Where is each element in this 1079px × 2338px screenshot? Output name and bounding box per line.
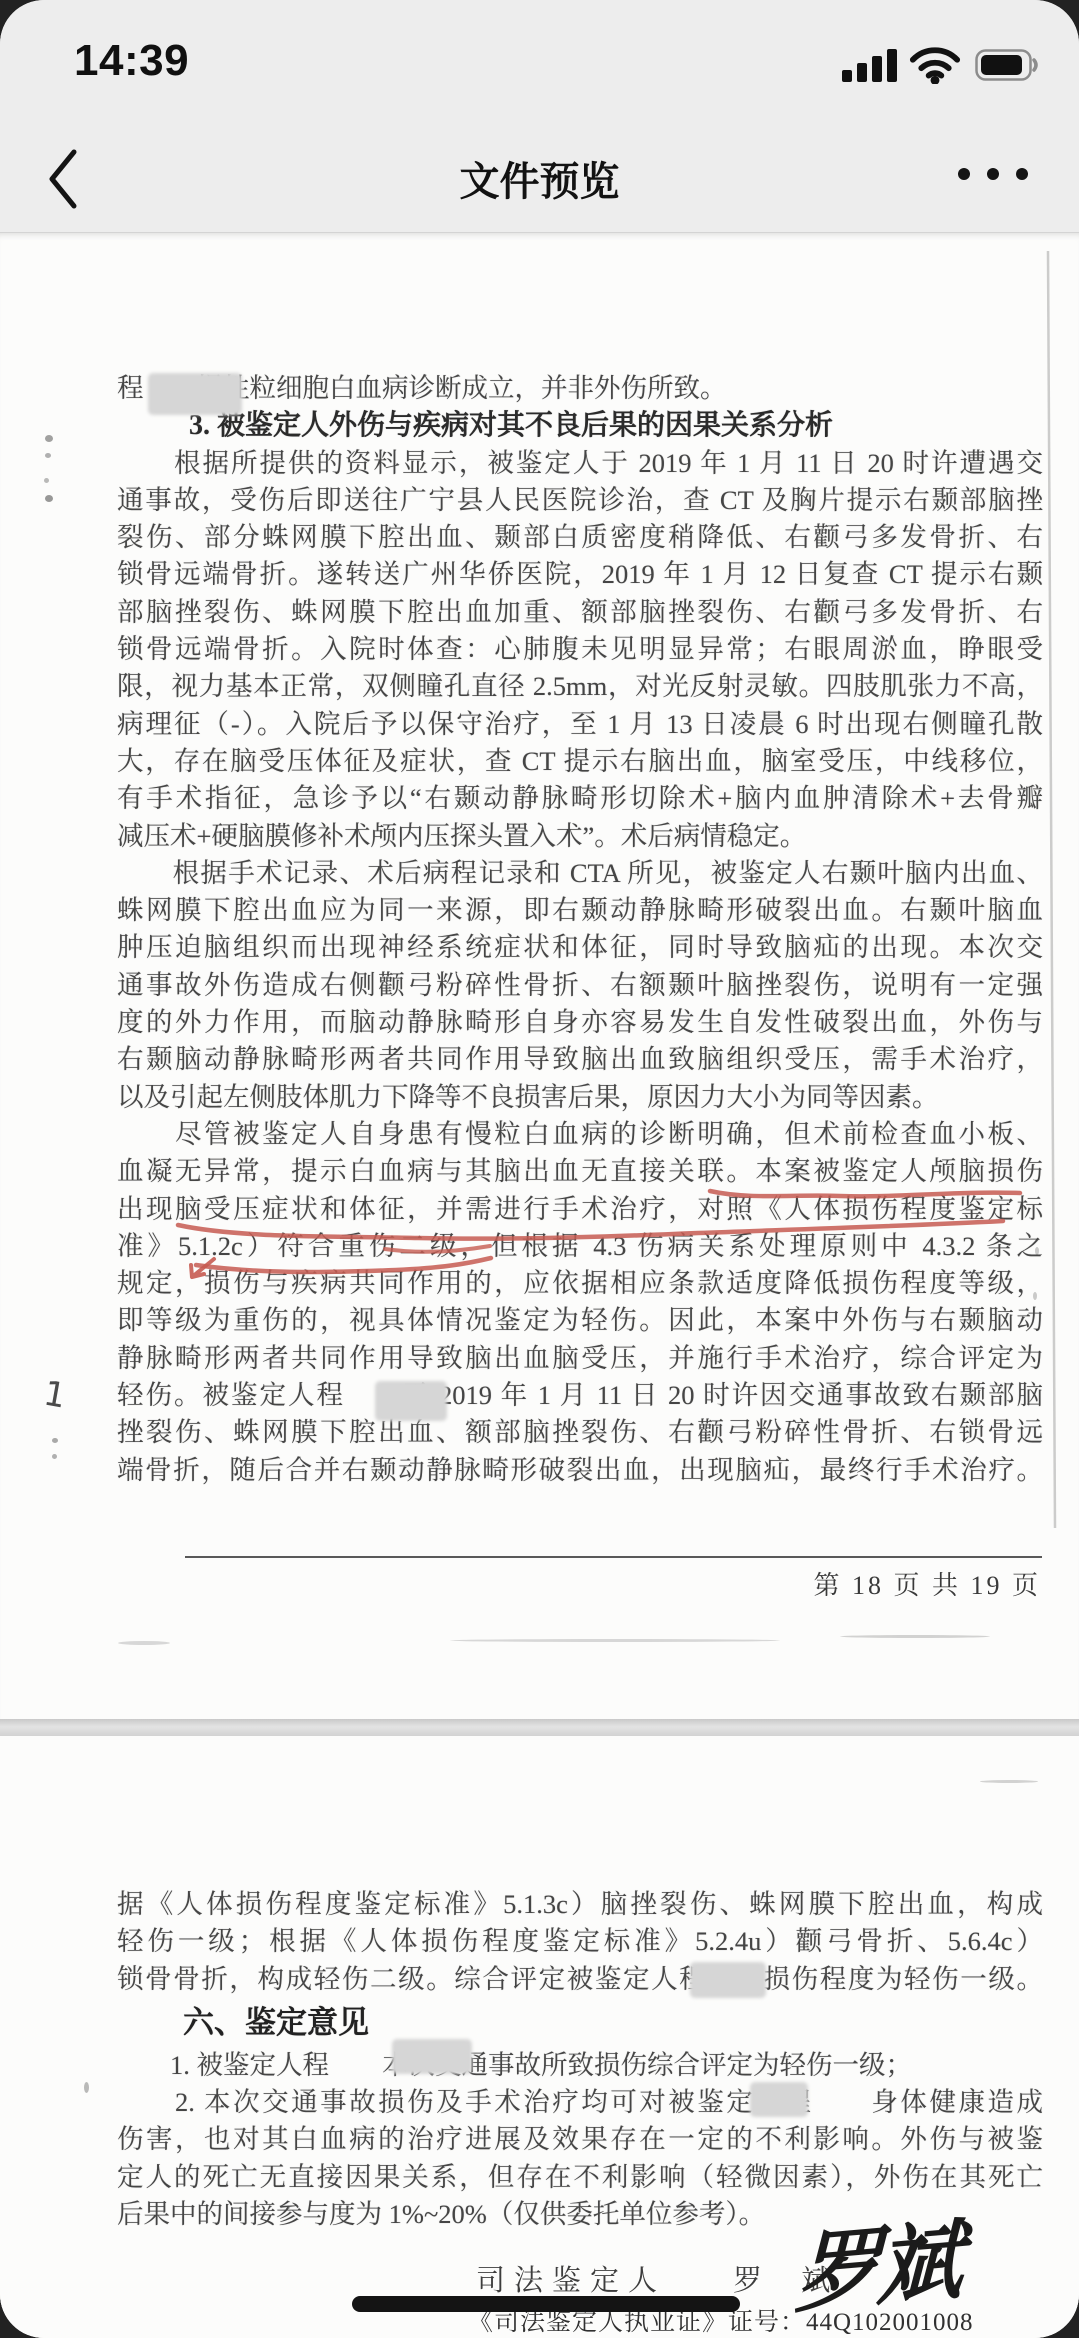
doc-text-line: 据《人体损伤程度鉴定标准》5.1.3c）脑挫裂伤、蛛网膜下腔出血，构成 — [117, 1886, 1043, 1923]
dot-icon — [958, 168, 970, 180]
doc-text-line: 定人的死亡无直接因果关系，但存在不利影响（轻微因素），外伤在其死亡 — [117, 2159, 1043, 2196]
scan-speck — [840, 1635, 990, 1638]
doc-text-line: 部脑挫裂伤、蛛网膜下腔出血加重、额部脑挫裂伤、右颧弓多发骨折、右 — [117, 594, 1043, 631]
doc-text-line: 通事故外伤造成右侧颧弓粉碎性骨折、右额颞叶脑挫裂伤，说明有一定强 — [117, 967, 1043, 1004]
doc-text-line: 蛛网膜下腔出血应为同一来源，即右颞动静脉畸形破裂出血。右颞叶脑血 — [117, 892, 1043, 929]
redaction-bar — [352, 2296, 740, 2312]
scan-speck — [118, 1641, 170, 1645]
doc-text-line: 右颞脑动静脉畸形两者共同作用导致脑出血致脑组织受压，需手术治疗， — [117, 1041, 1043, 1078]
scan-speck — [44, 478, 49, 483]
scan-speck — [45, 435, 53, 442]
doc-text-line: 程 慢性粒细胞白血病诊断成立，并非外伤所致。 — [117, 370, 1043, 407]
doc-text-line: 病理征（-）。入院后予以保守治疗，至 1 月 13 日凌晨 6 时出现右侧瞳孔散 — [117, 706, 1043, 743]
doc-text-line: 准》5.1.2c）符合重伤二级，但根据 4.3 伤病关系处理原则中 4.3.2 … — [117, 1228, 1043, 1265]
status-icons — [842, 46, 1041, 84]
page-edge-line — [1048, 251, 1055, 1528]
cellular-signal-icon — [842, 48, 897, 82]
scan-speck — [45, 495, 53, 502]
scan-speck — [45, 453, 51, 458]
doc-text-line: 轻伤一级；根据《人体损伤程度鉴定标准》5.2.4u）颧弓骨折、5.6.4c） — [117, 1923, 1043, 1960]
document-page-18: 程 慢性粒细胞白血病诊断成立，并非外伤所致。3. 被鉴定人外伤与疾病对其不良后果… — [0, 233, 1079, 1719]
redaction-blur — [392, 2039, 472, 2074]
doc-text-line: 锁骨骨折，构成轻伤二级。综合评定被鉴定人程 损伤程度为轻伤一级。 — [117, 1961, 1043, 1998]
doc-text-line: 伤害，也对其白血病的治疗进展及效果存在一定的不利影响。外伤与被鉴 — [117, 2121, 1043, 2158]
doc-text-line: 挫裂伤、蛛网膜下腔出血、额部脑挫裂伤、右颧弓粉碎性骨折、右锁骨远 — [117, 1414, 1043, 1451]
page1-lines: 程 慢性粒细胞白血病诊断成立，并非外伤所致。3. 被鉴定人外伤与疾病对其不良后果… — [117, 370, 1043, 1489]
doc-text-line: 轻伤。被鉴定人程 于 2019 年 1 月 11 日 20 时许因交通事故致右颞… — [117, 1377, 1043, 1414]
redaction-blur — [375, 1381, 447, 1421]
doc-text-line: 肿压迫脑组织而出现神经系统症状和体征，同时导致脑疝的出现。本次交 — [117, 929, 1043, 966]
clock-time: 14:39 — [74, 36, 189, 86]
doc-text-line: 血凝无异常，提示白血病与其脑出血无直接关联。本案被鉴定人颅脑损伤 — [117, 1153, 1043, 1190]
status-bar: 14:39 — [0, 0, 1079, 233]
doc-text-line: 通事故，受伤后即送往广宁县人民医院诊治，查 CT 及胸片提示右颞部脑挫 — [117, 482, 1043, 519]
page-separator — [0, 1719, 1079, 1736]
redaction-blur — [750, 2082, 808, 2117]
doc-text-line: 六、鉴定意见 — [117, 2001, 1043, 2045]
redaction-blur — [148, 373, 242, 415]
doc-text-line: 静脉畸形两者共同作用导致脑出血脑受压，并施行手术治疗，综合评定为 — [117, 1340, 1043, 1377]
appraiser-label: 司法鉴定人 — [476, 2258, 666, 2299]
doc-text-line: 尽管被鉴定人自身患有慢粒白血病的诊断明确，但术前检查血小板、 — [117, 1116, 1043, 1153]
scan-speck — [450, 1639, 780, 1642]
doc-text-line: 根据所提供的资料显示，被鉴定人于 2019 年 1 月 11 日 20 时许遭遇… — [117, 445, 1043, 482]
doc-text-line: 裂伤、部分蛛网膜下腔出血、颞部白质密度稍降低、右颧弓多发骨折、右 — [117, 519, 1043, 556]
scan-speck — [52, 1438, 58, 1443]
page-number-label: 第 18 页 共 19 页 — [813, 1565, 1041, 1602]
redaction-blur — [690, 1962, 766, 1998]
document-page-19: 据《人体损伤程度鉴定标准》5.1.3c）脑挫裂伤、蛛网膜下腔出血，构成轻伤一级；… — [0, 1736, 1079, 2338]
phone-screen: 14:39 — [0, 0, 1079, 2338]
doc-text-line: 3. 被鉴定人外伤与疾病对其不良后果的因果关系分析 — [117, 407, 1043, 444]
doc-text-line: 大，存在脑受压体征及症状，查 CT 提示右脑出血，脑室受压，中线移位， — [117, 743, 1043, 780]
dot-icon — [1016, 168, 1028, 180]
more-menu-button[interactable] — [958, 168, 1028, 180]
doc-text-line: 限，视力基本正常，双侧瞳孔直径 2.5mm，对光反射灵敏。四肢肌张力不高， — [117, 668, 1043, 705]
doc-text-line: 锁骨远端骨折。遂转送广州华侨医院，2019 年 1 月 12 日复查 CT 提示… — [117, 556, 1043, 593]
scan-speck — [52, 1454, 57, 1459]
page2-lines: 据《人体损伤程度鉴定标准》5.1.3c）脑挫裂伤、蛛网膜下腔出血，构成轻伤一级；… — [117, 1886, 1043, 2233]
page-title: 文件预览 — [0, 150, 1079, 207]
scan-speck — [980, 1780, 1038, 1783]
doc-text-line: 即等级为重伤的，视具体情况鉴定为轻伤。因此，本案中外伤与右颞脑动 — [117, 1302, 1043, 1339]
wifi-icon — [909, 46, 961, 84]
doc-text-line: 出现脑受压症状和体征，并需进行手术治疗，对照《人体损伤程度鉴定标 — [117, 1191, 1043, 1228]
doc-text-line: 1. 被鉴定人程 本次交通事故所致损伤综合评定为轻伤一级； — [117, 2047, 1043, 2084]
doc-text-line: 锁骨远端骨折。入院时体查：心肺腹未见明显异常；右眼周淤血，睁眼受 — [117, 631, 1043, 668]
doc-text-line: 有手术指征，急诊予以“右颞动静脉畸形切除术+脑内血肿清除术+去骨瓣 — [117, 780, 1043, 817]
document-viewer[interactable]: 程 慢性粒细胞白血病诊断成立，并非外伤所致。3. 被鉴定人外伤与疾病对其不良后果… — [0, 232, 1079, 2338]
scan-speck — [1033, 1292, 1037, 1300]
scan-speck — [1035, 1247, 1039, 1255]
doc-text-line: 减压术+硬脑膜修补术颅内压探头置入术”。术后病情稳定。 — [117, 818, 1043, 855]
doc-text-line: 以及引起左侧肢体肌力下降等不良损害后果，原因力大小为同等因素。 — [117, 1079, 1043, 1116]
page-footer-rule — [185, 1556, 1042, 1558]
doc-text-line: 度的外力作用，而脑动静脉畸形自身亦容易发生自发性破裂出血，外伤与 — [117, 1004, 1043, 1041]
dot-icon — [987, 168, 999, 180]
doc-text-line: 2. 本次交通事故损伤及手术治疗均可对被鉴定人程 身体健康造成 — [117, 2084, 1043, 2121]
battery-icon — [973, 47, 1041, 83]
doc-text-line: 端骨折，随后合并右颞动静脉畸形破裂出血，出现脑疝，最终行手术治疗。 — [117, 1452, 1043, 1489]
doc-text-line: 根据手术记录、术后病程记录和 CTA 所见，被鉴定人右颞叶脑内出血、 — [117, 855, 1043, 892]
scan-speck — [84, 2082, 89, 2093]
doc-text-line: 规定，损伤与疾病共同作用的，应依据相应条款适度降低损伤程度等级， — [117, 1265, 1043, 1302]
margin-handwritten-mark: 1 — [41, 1373, 69, 1416]
